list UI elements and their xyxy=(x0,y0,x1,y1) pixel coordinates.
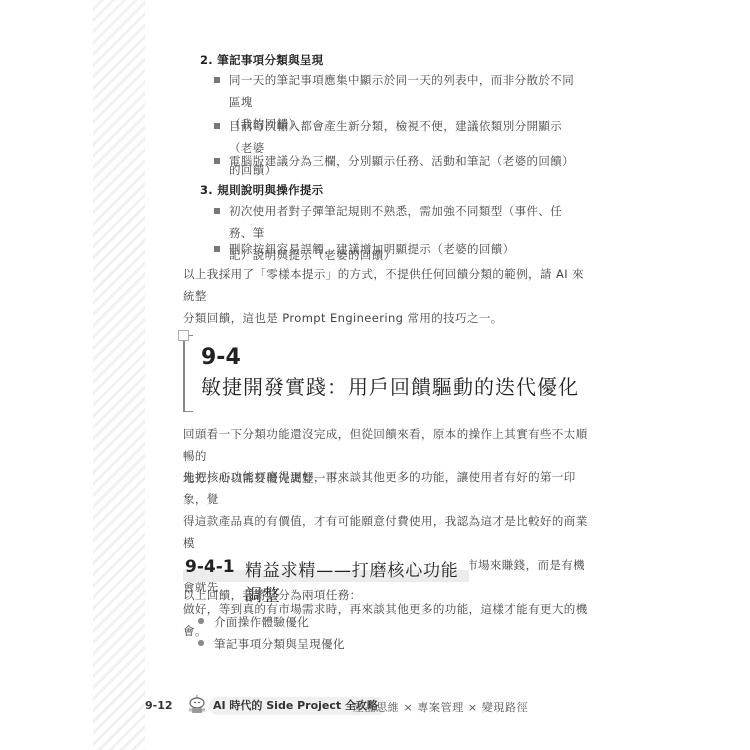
list-item: 筆記事項分類與呈現優化 xyxy=(198,636,345,652)
summary-paragraph: 以上我採用了「零樣本提示」的方式，不提供任何回饋分類的範例，請 AI 來統整 分… xyxy=(183,263,588,329)
round-bullet-icon xyxy=(198,618,204,624)
list-item: 電腦版建議分為三欄，分別顯示任務、活動和筆記（老婆的回饋） xyxy=(214,150,584,172)
page-number: 9-12 xyxy=(145,699,173,712)
square-bullet-icon xyxy=(214,208,220,214)
subsection-heading: 9-4-1 精益求精——打磨核心功能調整 xyxy=(183,555,469,582)
square-bullet-icon xyxy=(214,158,220,164)
chapter-title: 敏捷開發實踐：用戶回饋驅動的迭代優化 xyxy=(201,371,579,400)
page-footer: 9-12 AI 時代的 Side Project 全攻略 產品思維 × 專案管理… xyxy=(145,697,585,717)
intro-text: 以上回饋，我將其分為兩項任務： xyxy=(183,584,588,606)
book-tagline: 產品思維 × 專案管理 × 變現路徑 xyxy=(353,699,528,715)
frame-corner-decoration xyxy=(178,330,189,341)
square-bullet-icon xyxy=(214,123,220,129)
round-bullet-icon xyxy=(198,640,204,646)
page-edge-stripe xyxy=(93,0,145,750)
square-bullet-icon xyxy=(214,77,220,83)
list-heading-3: 3. 規則說明與操作提示 xyxy=(200,182,323,198)
chapter-frame xyxy=(183,335,193,412)
square-bullet-icon xyxy=(214,246,220,252)
robot-mascot-icon xyxy=(186,694,208,716)
list-heading-2: 2. 筆記事項分類與呈現 xyxy=(200,52,323,68)
chapter-number: 9-4 xyxy=(201,345,241,370)
list-item: 刪除按鈕容易誤觸，建議增加明顯提示（老婆的回饋） xyxy=(214,238,584,260)
list-item: 介面操作體驗優化 xyxy=(198,614,309,630)
subsection-number: 9-4-1 xyxy=(185,557,235,577)
